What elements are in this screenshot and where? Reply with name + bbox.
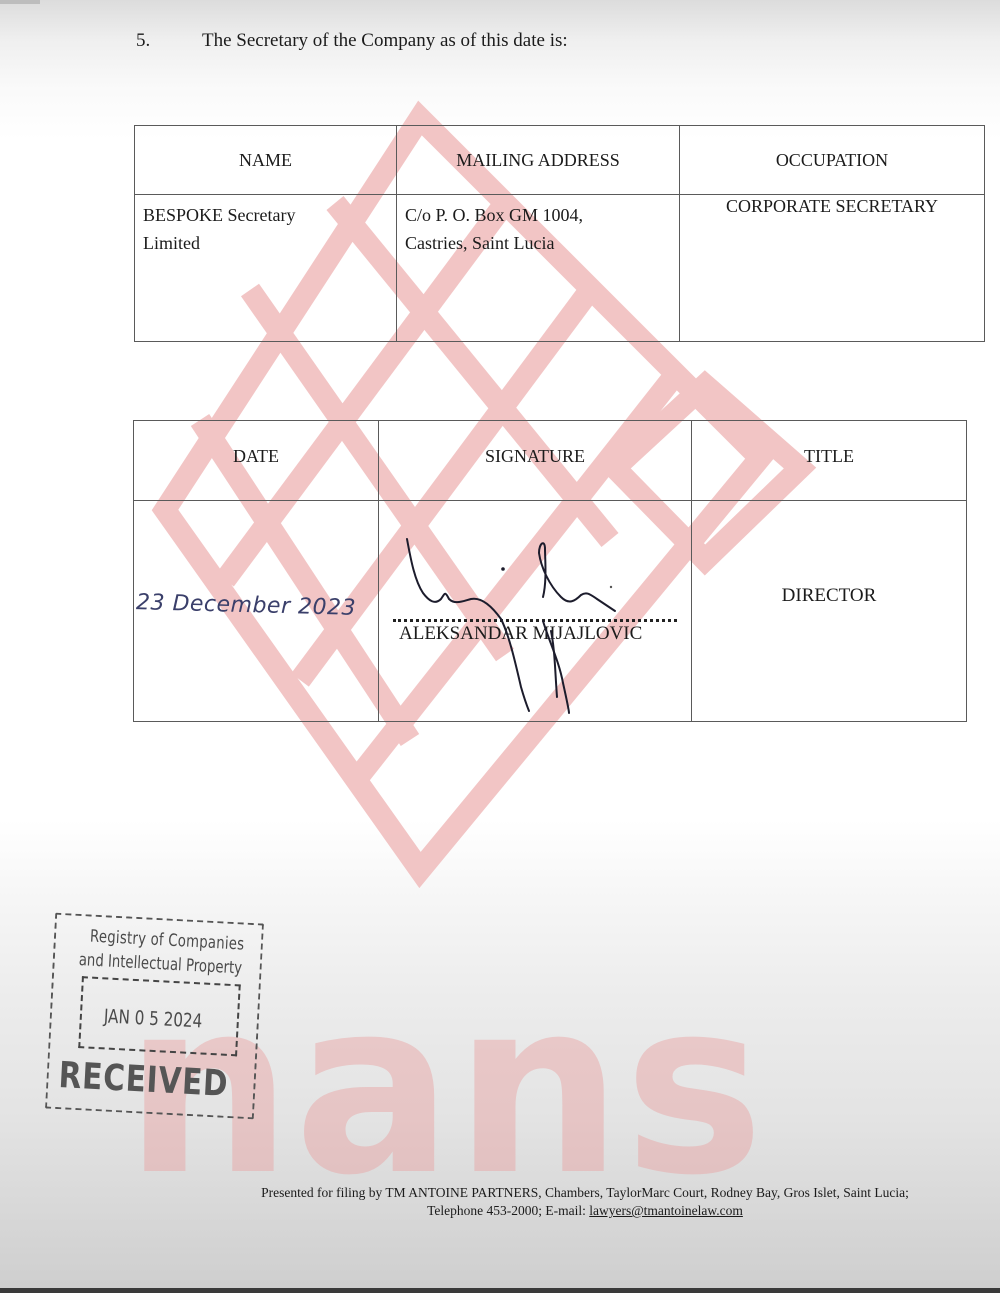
cell-date: 23 December 2023 [134, 501, 379, 722]
header-occupation: OCCUPATION [680, 126, 985, 195]
stamp-registry-line1: Registry of Companies [90, 927, 245, 955]
cell-signature: ALEKSANDAR MIJAJLOVIC [379, 501, 692, 722]
handwritten-date: 23 December 2023 [136, 590, 357, 621]
header-title: TITLE [692, 421, 967, 501]
cell-occupation: CORPORATE SECRETARY [680, 195, 985, 342]
received-stamp: Registry of Companies and Intellectual P… [45, 913, 264, 1120]
footer-line2: Telephone 453-2000; E-mail: lawyers@tman… [170, 1202, 1000, 1220]
stamp-date-box: JAN 0 5 2024 [78, 976, 241, 1056]
header-name: NAME [135, 126, 397, 195]
table-header-row: DATE SIGNATURE TITLE [134, 421, 967, 501]
table-row: BESPOKE Secretary Limited C/o P. O. Box … [135, 195, 985, 342]
stamp-status: RECEIVED [58, 1055, 230, 1105]
filing-footer: Presented for filing by TM ANTOINE PARTN… [170, 1184, 1000, 1220]
cell-name: BESPOKE Secretary Limited [135, 195, 397, 342]
title-value: DIRECTOR [692, 585, 966, 607]
handwritten-signature-icon [379, 501, 691, 719]
cell-address: C/o P. O. Box GM 1004, Castries, Saint L… [397, 195, 680, 342]
occupation-value: CORPORATE SECRETARY [726, 196, 938, 216]
name-line1: BESPOKE Secretary [143, 201, 388, 229]
name-line2: Limited [143, 229, 388, 257]
header-mailing-address: MAILING ADDRESS [397, 126, 680, 195]
section-heading: 5.The Secretary of the Company as of thi… [136, 30, 568, 52]
table-row: 23 December 2023 ALEKSANDAR MIJAJLOVIC [134, 501, 967, 722]
footer-email-link[interactable]: lawyers@tmantoinelaw.com [589, 1203, 743, 1218]
signature-table: DATE SIGNATURE TITLE 23 December 2023 AL… [133, 420, 967, 722]
footer-phone: Telephone 453-2000; E-mail: [427, 1203, 589, 1218]
footer-line1: Presented for filing by TM ANTOINE PARTN… [170, 1184, 1000, 1202]
section-text: The Secretary of the Company as of this … [202, 30, 568, 51]
section-number: 5. [136, 30, 202, 52]
table-header-row: NAME MAILING ADDRESS OCCUPATION [135, 126, 985, 195]
header-signature: SIGNATURE [379, 421, 692, 501]
secretary-table: NAME MAILING ADDRESS OCCUPATION BESPOKE … [134, 125, 985, 342]
address-line2: Castries, Saint Lucia [405, 229, 671, 257]
header-date: DATE [134, 421, 379, 501]
stamp-registry-line2: and Intellectual Property [78, 950, 242, 979]
cell-title: DIRECTOR [692, 501, 967, 722]
stamp-date: JAN 0 5 2024 [103, 1005, 203, 1032]
address-line1: C/o P. O. Box GM 1004, [405, 201, 671, 229]
